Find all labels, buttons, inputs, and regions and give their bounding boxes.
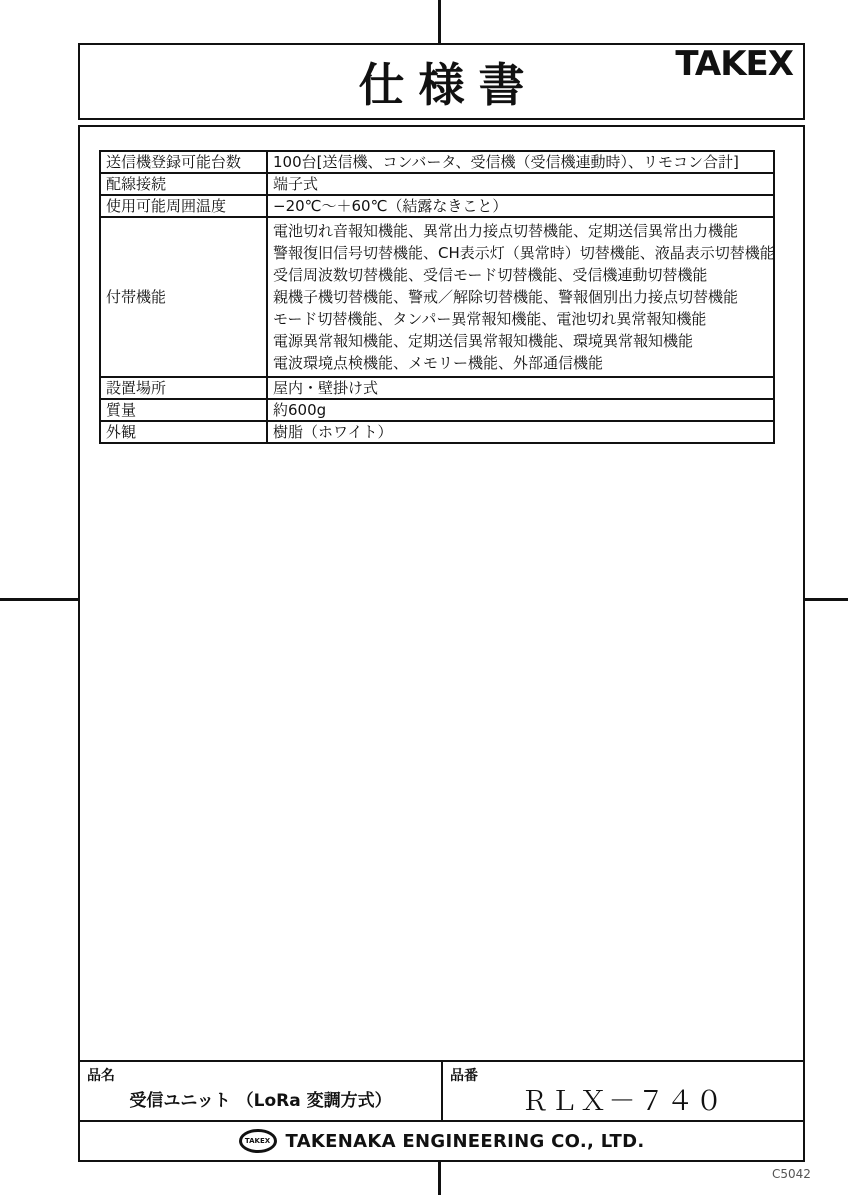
product-number-cell: 品番 ＲＬＸ－７４０ <box>443 1062 803 1120</box>
product-row: 品名 受信ユニット （LoRa 変調方式） 品番 ＲＬＸ－７４０ <box>78 1060 805 1122</box>
spec-value-line: 警報復旧信号切替機能、CH表示灯（異常時）切替機能、液晶表示切替機能 <box>273 242 768 264</box>
spec-value-line: 電池切れ音報知機能、異常出力接点切替機能、定期送信異常出力機能 <box>273 220 768 242</box>
doc-code: C5042 <box>772 1167 811 1181</box>
spec-label: 配線接続 <box>100 173 267 195</box>
footer-band: TAKEX TAKENAKA ENGINEERING CO., LTD. <box>78 1120 805 1162</box>
spec-row: 付帯機能電池切れ音報知機能、異常出力接点切替機能、定期送信異常出力機能警報復旧信… <box>100 217 774 377</box>
spec-label: 送信機登録可能台数 <box>100 151 267 173</box>
product-name-value: 受信ユニット （LoRa 変調方式） <box>80 1086 441 1111</box>
spec-label: 使用可能周囲温度 <box>100 195 267 217</box>
spec-value: 100台[送信機、コンバータ、受信機（受信機連動時）、リモコン合計] <box>267 151 774 173</box>
spec-row: 送信機登録可能台数100台[送信機、コンバータ、受信機（受信機連動時）、リモコン… <box>100 151 774 173</box>
spec-value: 屋内・壁掛け式 <box>267 377 774 399</box>
crop-mark-right <box>803 598 848 601</box>
spec-row: 外観樹脂（ホワイト） <box>100 421 774 443</box>
spec-value-line: 受信周波数切替機能、受信モード切替機能、受信機連動切替機能 <box>273 264 768 286</box>
spec-row: 配線接続端子式 <box>100 173 774 195</box>
spec-row: 使用可能周囲温度−20℃～＋60℃（結露なきこと） <box>100 195 774 217</box>
takex-brand-logo: TAKEX <box>675 46 793 83</box>
spec-label: 付帯機能 <box>100 217 267 377</box>
spec-value: 電池切れ音報知機能、異常出力接点切替機能、定期送信異常出力機能警報復旧信号切替機… <box>267 217 774 377</box>
spec-row: 質量約600g <box>100 399 774 421</box>
spec-sheet-page: { "header": { "title": "仕様書", "brand": "… <box>0 0 848 1200</box>
spec-value-line: モード切替機能、タンパー異常報知機能、電池切れ異常報知機能 <box>273 308 768 330</box>
spec-row: 設置場所屋内・壁掛け式 <box>100 377 774 399</box>
spec-table-body: 送信機登録可能台数100台[送信機、コンバータ、受信機（受信機連動時）、リモコン… <box>100 151 774 443</box>
spec-value-line: 電波環境点検機能、メモリー機能、外部通信機能 <box>273 352 768 374</box>
spec-value: 約600g <box>267 399 774 421</box>
crop-mark-left <box>0 598 80 601</box>
spec-value-line: 親機子機切替機能、警戒／解除切替機能、警報個別出力接点切替機能 <box>273 286 768 308</box>
spec-value-line: 電源異常報知機能、定期送信異常報知機能、環境異常報知機能 <box>273 330 768 352</box>
spec-value: 端子式 <box>267 173 774 195</box>
spec-value: 樹脂（ホワイト） <box>267 421 774 443</box>
product-name-cell: 品名 受信ユニット （LoRa 変調方式） <box>80 1062 443 1120</box>
spec-label: 外観 <box>100 421 267 443</box>
takex-oval-logo-icon: TAKEX <box>239 1129 277 1153</box>
spec-table: 送信機登録可能台数100台[送信機、コンバータ、受信機（受信機連動時）、リモコン… <box>99 150 775 444</box>
header-box: 仕様書 TAKEX <box>78 43 805 120</box>
product-name-label: 品名 <box>87 1065 115 1085</box>
crop-mark-bottom <box>438 1160 441 1195</box>
spec-label: 設置場所 <box>100 377 267 399</box>
spec-value: −20℃～＋60℃（結露なきこと） <box>267 195 774 217</box>
crop-mark-top <box>438 0 441 45</box>
product-number-value: ＲＬＸ－７４０ <box>443 1079 803 1118</box>
spec-label: 質量 <box>100 399 267 421</box>
footer-company-name: TAKENAKA ENGINEERING CO., LTD. <box>286 1131 645 1152</box>
